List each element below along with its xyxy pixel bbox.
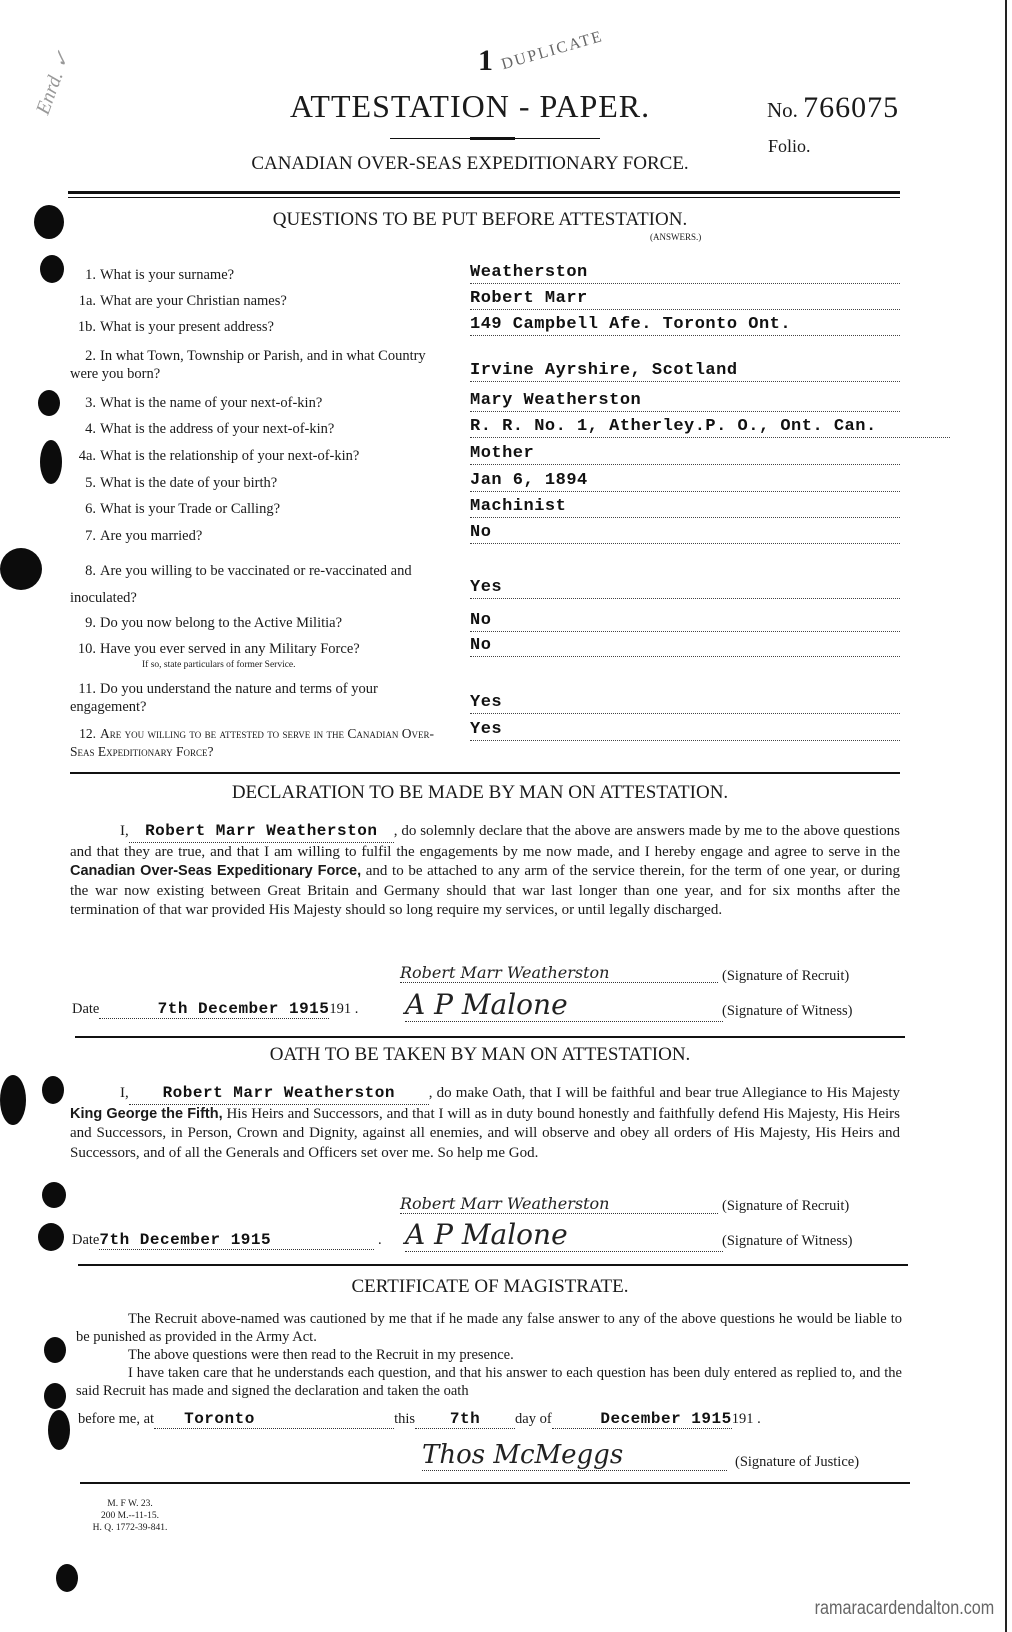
number-label: No. 766075 [767,91,899,125]
answer-active-militia: No [470,611,900,632]
declaration-witness-signature: A P Malone [405,988,723,1022]
footer-divider [80,1482,910,1484]
punch-hole [0,548,42,590]
declaration-date: 7th December 1915 [99,1000,329,1019]
oath-recruit-signature: Robert Marr Weatherston [400,1194,718,1214]
magistrate-place: Toronto [154,1410,394,1429]
page-marker: 1 [478,44,493,78]
question-8: 8.Are you willing to be vaccinated or re… [70,558,455,612]
punch-hole [40,255,64,283]
magistrate-place-date-row: before me, atTorontothis7thday ofDecembe… [78,1410,761,1429]
section-divider [75,1036,905,1038]
question-7: 7.Are you married? [70,527,455,545]
answer-understand-terms: Yes [470,693,900,714]
document-subtitle: CANADIAN OVER-SEAS EXPEDITIONARY FORCE. [0,153,940,175]
punch-hole [44,1383,66,1409]
declaration-recruit-name: Robert Marr Weatherston [129,822,394,843]
answer-surname: Weatherston [470,263,900,284]
form-code: H. Q. 1772-39-841. [80,1522,180,1534]
answer-willing-to-serve: Yes [470,720,900,741]
question-5: 5.What is the date of your birth? [70,474,455,492]
question-1: 1.What is your surname? [70,266,455,284]
section-divider [78,1264,908,1266]
answer-vaccinated: Yes [470,578,900,599]
question-1a: 1a.What are your Christian names? [70,292,455,310]
declaration-date-row: Date7th December 1915191 . [72,1000,358,1019]
oath-heading: OATH TO BE TAKEN BY MAN ON ATTESTATION. [0,1044,960,1066]
punch-hole [44,1337,66,1363]
punch-hole [42,1182,66,1208]
answers-label: (ANSWERS.) [650,232,701,242]
punch-hole [38,390,60,416]
form-code: 200 M.--11-15. [80,1510,180,1522]
question-6: 6.What is your Trade or Calling? [70,500,455,518]
question-9: 9.Do you now belong to the Active Militi… [70,614,455,632]
answer-next-of-kin-name: Mary Weatherston [470,391,900,412]
page-edge [1005,0,1007,1632]
attestation-number: 766075 [803,91,899,124]
magistrate-day: 7th [415,1410,515,1429]
form-codes: M. F W. 23. 200 M.--11-15. H. Q. 1772-39… [80,1498,180,1534]
punch-hole [40,440,62,484]
magistrate-heading: CERTIFICATE OF MAGISTRATE. [0,1276,980,1298]
question-3: 3.What is the name of your next-of-kin? [70,394,455,412]
oath-witness-signature: A P Malone [405,1218,723,1252]
oath-date-row: Date7th December 1915 . [72,1231,382,1250]
magistrate-para-1: The Recruit above-named was cautioned by… [76,1310,902,1346]
declaration-recruit-signature: Robert Marr Weatherston [400,963,718,983]
magistrate-para-3: I have taken care that he understands ea… [76,1364,902,1400]
justice-signature-label: (Signature of Justice) [735,1454,859,1471]
number-prefix: No. [767,98,798,122]
answer-next-of-kin-address: R. R. No. 1, Atherley.P. O., Ont. Can. [470,417,950,438]
magistrate-para-2: The above questions were then read to th… [76,1346,902,1364]
question-11: 11.Do you understand the nature and term… [70,680,455,716]
punch-hole [48,1410,70,1450]
oath-text: I,Robert Marr Weatherston, do make Oath,… [70,1084,900,1163]
magistrate-text: The Recruit above-named was cautioned by… [76,1310,902,1400]
duplicate-stamp: DUPLICATE [500,28,606,74]
answer-next-of-kin-relationship: Mother [470,444,900,465]
answer-trade: Machinist [470,497,900,518]
question-1b: 1b.What is your present address? [70,318,455,336]
justice-signature: Thos McMeggs [422,1440,727,1471]
declaration-heading: DECLARATION TO BE MADE BY MAN ON ATTESTA… [0,782,960,804]
oath-witness-signature-label: (Signature of Witness) [722,1233,852,1250]
question-4a: 4a.What is the relationship of your next… [70,447,455,465]
question-4: 4.What is the address of your next-of-ki… [70,420,455,438]
question-12: 12.Are you willing to be attested to ser… [70,725,455,761]
oath-recruit-signature-label: (Signature of Recruit) [722,1198,849,1215]
declaration-text: I,Robert Marr Weatherston, do solemnly d… [70,822,900,921]
answer-military-service: No [470,636,900,657]
oath-recruit-name: Robert Marr Weatherston [129,1084,429,1105]
answer-date-of-birth: Jan 6, 1894 [470,471,900,492]
title-underline-center [470,137,515,140]
questions-heading: QUESTIONS TO BE PUT BEFORE ATTESTATION. [0,209,960,231]
question-10: 10.Have you ever served in any Military … [70,640,455,658]
form-code: M. F W. 23. [80,1498,180,1510]
punch-hole [38,1223,64,1251]
header-rule-thin [68,197,900,198]
oath-date: 7th December 1915 [99,1231,374,1250]
answer-present-address: 149 Campbell Afe. Toronto Ont. [470,315,900,336]
answer-married: No [470,523,900,544]
punch-hole [0,1075,26,1125]
punch-hole [56,1564,78,1592]
magistrate-month-year: December 1915 [552,1410,732,1429]
question-2: 2.In what Town, Township or Parish, and … [70,347,455,383]
answer-christian-names: Robert Marr [470,289,900,310]
punch-hole [42,1076,64,1104]
question-10-note: If so, state particulars of former Servi… [142,658,296,672]
header-rule-thick [68,191,900,194]
declaration-witness-signature-label: (Signature of Witness) [722,1003,852,1020]
answer-birthplace: Irvine Ayrshire, Scotland [470,361,900,382]
watermark-link[interactable]: ramaracardendalton.com [814,1598,994,1620]
section-divider [70,772,900,774]
declaration-recruit-signature-label: (Signature of Recruit) [722,968,849,985]
